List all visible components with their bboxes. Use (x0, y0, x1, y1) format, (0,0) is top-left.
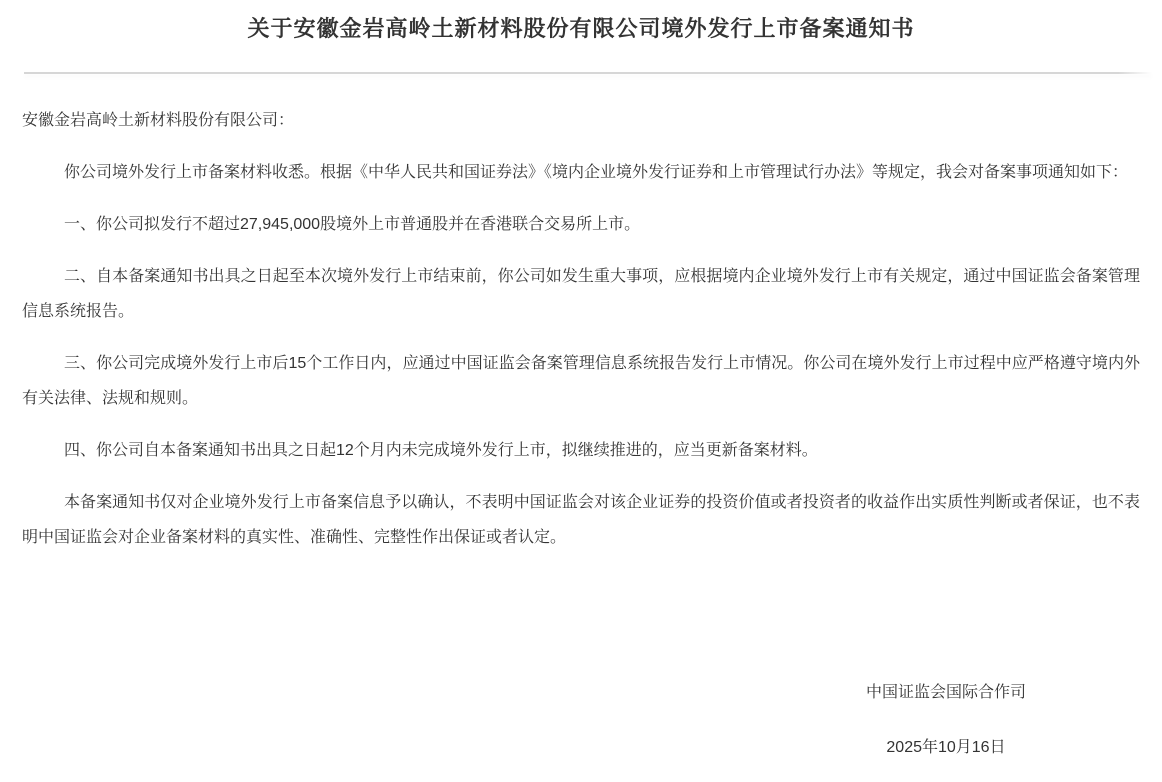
salutation: 安徽金岩高岭土新材料股份有限公司： (22, 103, 1140, 138)
paragraph-item-2: 二、自本备案通知书出具之日起至本次境外发行上市结束前，你公司如发生重大事项，应根… (22, 259, 1140, 329)
signature-block: 中国证监会国际合作司 2025年10月16日 (826, 675, 1066, 765)
paragraph-disclaimer: 本备案通知书仅对企业境外发行上市备案信息予以确认，不表明中国证监会对该企业证券的… (22, 485, 1140, 555)
signature-date: 2025年10月16日 (826, 730, 1066, 765)
document-title: 关于安徽金岩高岭土新材料股份有限公司境外发行上市备案通知书 (0, 0, 1162, 44)
paragraph-item-3: 三、你公司完成境外发行上市后15个工作日内，应通过中国证监会备案管理信息系统报告… (22, 346, 1140, 416)
signature-department: 中国证监会国际合作司 (826, 675, 1066, 710)
paragraph-intro: 你公司境外发行上市备案材料收悉。根据《中华人民共和国证券法》《境内企业境外发行证… (22, 155, 1140, 190)
paragraph-item-1: 一、你公司拟发行不超过27,945,000股境外上市普通股并在香港联合交易所上市… (22, 207, 1140, 242)
paragraph-item-4: 四、你公司自本备案通知书出具之日起12个月内未完成境外发行上市，拟继续推进的，应… (22, 433, 1140, 468)
document-body: 安徽金岩高岭土新材料股份有限公司： 你公司境外发行上市备案材料收悉。根据《中华人… (0, 74, 1162, 555)
